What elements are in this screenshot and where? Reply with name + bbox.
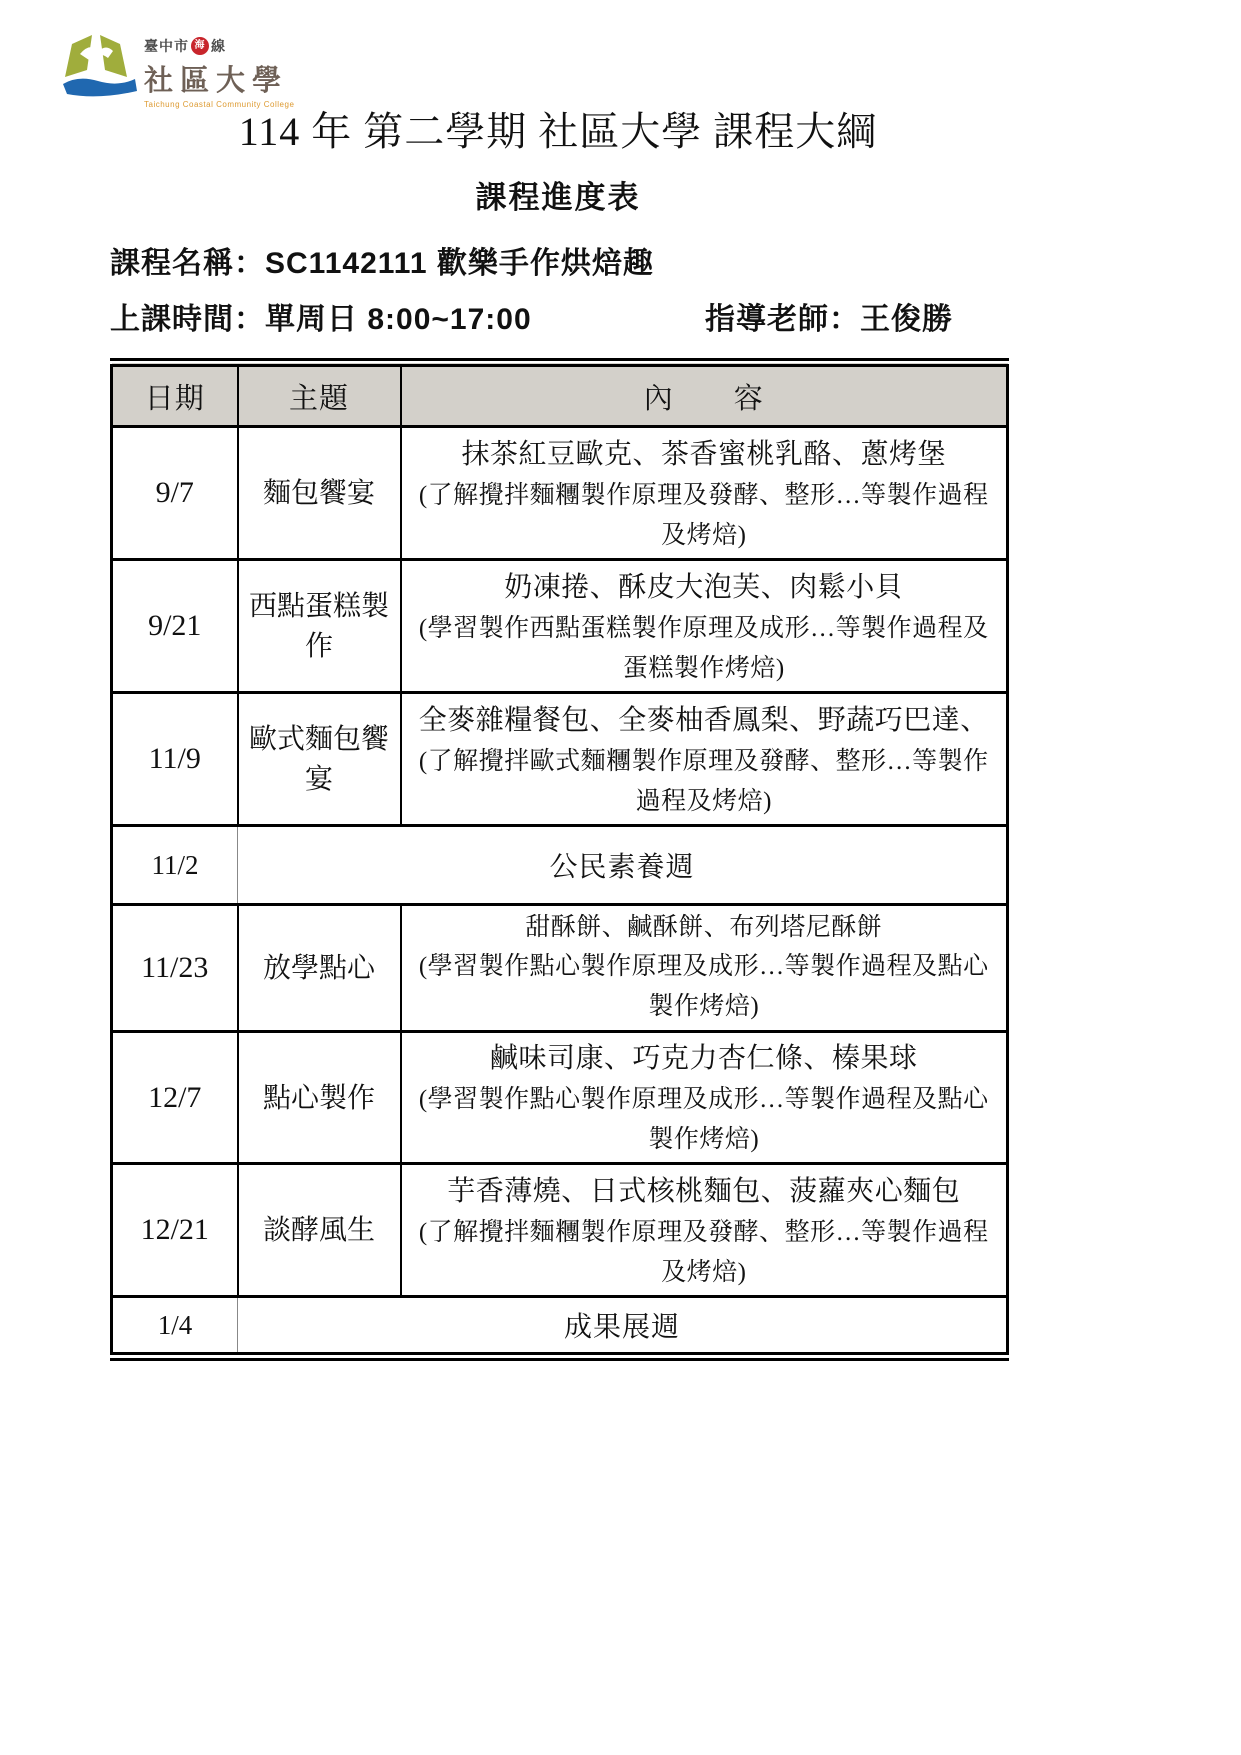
logo-main-text: 社區大學	[144, 58, 294, 99]
page-title: 114 年 第二學期 社區大學 課程大綱	[110, 100, 1006, 157]
table-row: 11/23 放學點心 甜酥餅、鹹酥餅、布列塔尼酥餅 (學習製作點心製作原理及成形…	[112, 905, 1008, 1032]
dishes-text: 全麥雜糧餐包、全麥柚香鳳梨、野蔬巧巴達、	[411, 697, 998, 742]
logo-region-line: 臺中市 海 線	[144, 36, 294, 56]
table-row: 9/7 麵包饗宴 抹茶紅豆歐克、茶香蜜桃乳酪、蔥烤堡 (了解攪拌麵糰製作原理及發…	[112, 427, 1008, 560]
date-cell: 12/21	[112, 1164, 238, 1297]
date-cell: 9/21	[112, 560, 238, 693]
table-row: 11/9 歐式麵包饗宴 全麥雜糧餐包、全麥柚香鳳梨、野蔬巧巴達、 (了解攪拌歐式…	[112, 693, 1008, 826]
college-logo: 臺中市 海 線 社區大學 Taichung Coastal Community …	[56, 30, 294, 109]
dishes-text: 鹹味司康、巧克力杏仁條、榛果球	[411, 1035, 998, 1080]
subtitle: 課程進度表	[110, 172, 1006, 217]
content-cell: 甜酥餅、鹹酥餅、布列塔尼酥餅 (學習製作點心製作原理及成形…等製作過程及點心製作…	[401, 905, 1008, 1032]
merged-cell: 成果展週	[238, 1297, 1008, 1357]
date-cell: 1/4	[112, 1297, 238, 1357]
logo-region-text: 臺中市	[144, 36, 189, 56]
content-cell: 芋香薄燒、日式核桃麵包、菠蘿夾心麵包 (了解攪拌麵糰製作原理及發酵、整形…等製作…	[401, 1164, 1008, 1297]
content-cell: 抹茶紅豆歐克、茶香蜜桃乳酪、蔥烤堡 (了解攪拌麵糰製作原理及發酵、整形…等製作過…	[401, 427, 1008, 560]
logo-wave-shape	[63, 79, 137, 97]
topic-cell: 西點蛋糕製作	[238, 560, 401, 693]
detail-text: (了解攪拌麵糰製作原理及發酵、整形…等製作過程及烤焙)	[411, 476, 998, 556]
date-cell: 11/9	[112, 693, 238, 826]
document-page: 臺中市 海 線 社區大學 Taichung Coastal Community …	[0, 0, 1241, 1755]
info-line: 上課時間：單周日 8:00~17:00 指導老師：王俊勝	[110, 294, 1006, 338]
table-row: 9/21 西點蛋糕製作 奶凍捲、酥皮大泡芙、肉鬆小貝 (學習製作西點蛋糕製作原理…	[112, 560, 1008, 693]
topic-cell: 點心製作	[238, 1032, 401, 1164]
header-content-cell: 內 容	[401, 363, 1008, 427]
date-cell: 12/7	[112, 1032, 238, 1164]
dishes-text: 奶凍捲、酥皮大泡芙、肉鬆小貝	[411, 564, 998, 609]
table-row: 1/4 成果展週	[112, 1297, 1008, 1357]
logo-graphic	[56, 30, 142, 108]
detail-text: (學習製作點心製作原理及成形…等製作過程及點心製作烤焙)	[411, 947, 998, 1027]
topic-cell: 歐式麵包饗宴	[238, 693, 401, 826]
topic-cell: 談酵風生	[238, 1164, 401, 1297]
detail-text: (了解攪拌麵糰製作原理及發酵、整形…等製作過程及烤焙)	[411, 1213, 998, 1293]
logo-text-block: 臺中市 海 線 社區大學 Taichung Coastal Community …	[144, 36, 294, 109]
detail-text: (學習製作點心製作原理及成形…等製作過程及點心製作烤焙)	[411, 1080, 998, 1160]
dishes-text: 甜酥餅、鹹酥餅、布列塔尼酥餅	[411, 909, 998, 947]
table-row: 11/2 公民素養週	[112, 826, 1008, 905]
dishes-text: 抹茶紅豆歐克、茶香蜜桃乳酪、蔥烤堡	[411, 431, 998, 476]
logo-arch-right-shape	[100, 35, 127, 77]
logo-suffix-text: 線	[211, 36, 226, 56]
dishes-text: 芋香薄燒、日式核桃麵包、菠蘿夾心麵包	[411, 1168, 998, 1213]
date-cell: 9/7	[112, 427, 238, 560]
merged-cell: 公民素養週	[238, 826, 1008, 905]
date-cell: 11/2	[112, 826, 238, 905]
date-cell: 11/23	[112, 905, 238, 1032]
content-cell: 鹹味司康、巧克力杏仁條、榛果球 (學習製作點心製作原理及成形…等製作過程及點心製…	[401, 1032, 1008, 1164]
content-cell: 全麥雜糧餐包、全麥柚香鳳梨、野蔬巧巴達、 (了解攪拌歐式麵糰製作原理及發酵、整形…	[401, 693, 1008, 826]
topic-cell: 麵包饗宴	[238, 427, 401, 560]
course-name: 課程名稱：SC1142111 歡樂手作烘焙趣	[110, 238, 654, 282]
logo-seal-char: 海	[195, 41, 206, 51]
course-schedule-table: 日期 主題 內 容 9/7 麵包饗宴 抹茶紅豆歐克、茶香蜜桃乳酪、蔥烤堡 (了解…	[110, 358, 1009, 1361]
logo-seal-icon: 海	[191, 37, 209, 55]
teacher-name: 指導老師：王俊勝	[705, 294, 953, 338]
class-time: 上課時間：單周日 8:00~17:00	[110, 303, 532, 336]
topic-cell: 放學點心	[238, 905, 401, 1032]
header-topic-cell: 主題	[238, 363, 401, 427]
table-header-row: 日期 主題 內 容	[112, 363, 1008, 427]
table-row: 12/7 點心製作 鹹味司康、巧克力杏仁條、榛果球 (學習製作點心製作原理及成形…	[112, 1032, 1008, 1164]
header-date-cell: 日期	[112, 363, 238, 427]
detail-text: (了解攪拌歐式麵糰製作原理及發酵、整形…等製作過程及烤焙)	[411, 742, 998, 822]
table-row: 12/21 談酵風生 芋香薄燒、日式核桃麵包、菠蘿夾心麵包 (了解攪拌麵糰製作原…	[112, 1164, 1008, 1297]
content-cell: 奶凍捲、酥皮大泡芙、肉鬆小貝 (學習製作西點蛋糕製作原理及成形…等製作過程及蛋糕…	[401, 560, 1008, 693]
detail-text: (學習製作西點蛋糕製作原理及成形…等製作過程及蛋糕製作烤焙)	[411, 609, 998, 689]
